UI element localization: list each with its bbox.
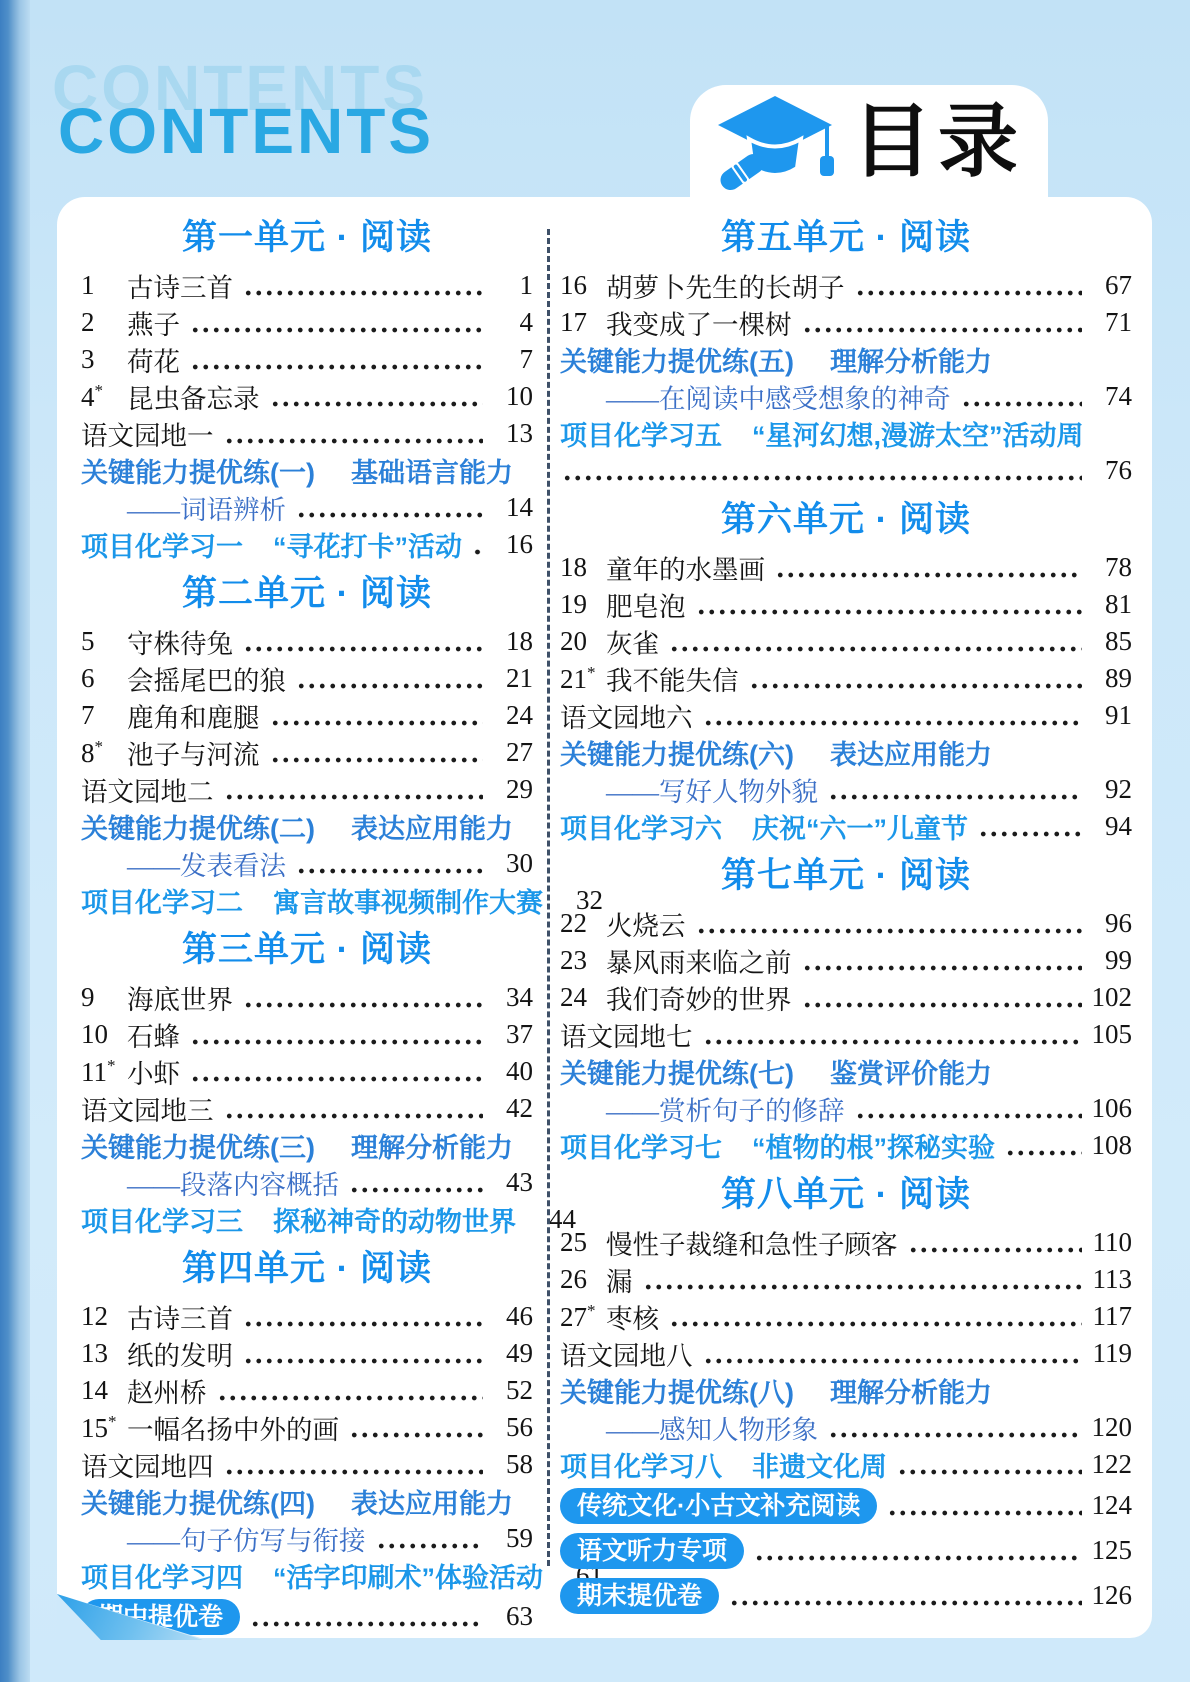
page-number: 7	[487, 344, 533, 375]
lesson-number: 7	[81, 700, 127, 731]
book-spine-edge	[0, 0, 30, 1682]
keypoint-sub-row: ——词语辨析14	[81, 489, 533, 526]
page-number: 58	[487, 1449, 533, 1480]
entry-title: 语文园地七	[560, 1015, 693, 1054]
lesson-title: 肥皂泡	[606, 585, 686, 624]
dot-leader	[696, 928, 1083, 934]
lesson-number-value: 10	[81, 1019, 108, 1049]
keypoint-subtitle: ——词语辨析	[81, 488, 286, 527]
dot-leader	[802, 1002, 1083, 1008]
toc-section: 第二单元 · 阅读5守株待兔186会摇尾巴的狼217鹿角和鹿腿248*池子与河流…	[81, 563, 533, 919]
badge-row: 传统文化·小古文补充阅读124	[560, 1483, 1132, 1528]
lesson-number: 10	[81, 1019, 127, 1050]
lesson-number-value: 17	[560, 307, 587, 337]
dot-leader	[270, 720, 484, 726]
garden-row: 语文园地四58	[81, 1446, 533, 1483]
lesson-title: 一幅名扬中外的画	[127, 1408, 339, 1447]
column-divider	[547, 229, 550, 1566]
lesson-row: 5守株待兔18	[81, 623, 533, 660]
project-row: 项目化学习三探秘神奇的动物世界44	[81, 1201, 533, 1238]
page-number: 119	[1086, 1338, 1132, 1369]
keypoint-skill: 理解分析能力	[351, 1126, 513, 1165]
lesson-row: 3荷花7	[81, 341, 533, 378]
toc-section: 第六单元 · 阅读18童年的水墨画7819肥皂泡8120灰雀8521*我不能失信…	[560, 489, 1132, 845]
dot-leader	[897, 1469, 1082, 1475]
lesson-number: 3	[81, 344, 127, 375]
entry-title: 语文园地一	[81, 414, 214, 453]
page-number: 120	[1086, 1412, 1132, 1443]
lesson-number-value: 2	[81, 307, 95, 337]
lesson-number: 2	[81, 307, 127, 338]
lesson-number: 12	[81, 1301, 127, 1332]
lesson-row: 2燕子4	[81, 304, 533, 341]
page-number: 96	[1086, 908, 1132, 939]
badge: 语文听力专项	[560, 1533, 744, 1569]
entry-title: 语文园地六	[560, 696, 693, 735]
lesson-title: 慢性子裁缝和急性子顾客	[606, 1223, 898, 1262]
star-mark: *	[107, 1056, 116, 1075]
lesson-number: 24	[560, 982, 606, 1013]
page-number: 76	[1086, 455, 1132, 486]
page-number: 42	[487, 1093, 533, 1124]
dot-leader	[190, 1039, 483, 1045]
contents-title: CONTENTS	[58, 99, 434, 163]
project-title: 项目化学习三	[81, 1200, 243, 1239]
keypoint-title: 关键能力提优练(八)	[560, 1371, 794, 1410]
page-number: 85	[1086, 626, 1132, 657]
lesson-number: 4*	[81, 381, 127, 413]
lesson-number-value: 23	[560, 945, 587, 975]
toc-columns: 第一单元 · 阅读1古诗三首12燕子43荷花74*昆虫备忘录10语文园地一13关…	[57, 197, 1152, 1638]
lesson-number-value: 7	[81, 700, 95, 730]
keypoint-title: 关键能力提优练(四)	[81, 1482, 315, 1521]
dot-leader	[190, 364, 483, 370]
lesson-number: 15*	[81, 1412, 127, 1444]
page-number: 16	[487, 529, 533, 560]
lesson-number-value: 25	[560, 1227, 587, 1257]
dot-leader	[562, 475, 1082, 481]
lesson-number-value: 24	[560, 982, 587, 1012]
lesson-row: 23暴风雨来临之前99	[560, 942, 1132, 979]
project-activity: “寻花打卡”活动	[273, 525, 462, 564]
dot-leader	[190, 327, 483, 333]
page-number: 113	[1086, 1264, 1132, 1295]
unit-title: 第五单元 · 阅读	[560, 213, 1132, 263]
lesson-number: 27*	[560, 1301, 606, 1333]
lesson-number-value: 21	[560, 664, 587, 694]
project-row: 项目化学习八非遗文化周122	[560, 1446, 1132, 1483]
page-number: 122	[1086, 1449, 1132, 1480]
lesson-row: 24我们奇妙的世界102	[560, 979, 1132, 1016]
lesson-number: 22	[560, 908, 606, 939]
project-activity: “星河幻想,漫游太空”活动周	[752, 414, 1084, 453]
lesson-title: 池子与河流	[127, 733, 260, 772]
keypoint-skill: 鉴赏评价能力	[830, 1052, 992, 1091]
lesson-row: 11*小虾40	[81, 1053, 533, 1090]
keypoint-subtitle: ——段落内容概括	[81, 1163, 339, 1202]
lesson-title: 枣核	[606, 1297, 659, 1336]
dot-leader	[250, 1621, 483, 1627]
lesson-row: 7鹿角和鹿腿24	[81, 697, 533, 734]
project-row: 项目化学习一“寻花打卡”活动16	[81, 526, 533, 563]
lesson-number: 25	[560, 1227, 606, 1258]
keypoint-skill: 基础语言能力	[351, 451, 513, 490]
lesson-number: 13	[81, 1338, 127, 1369]
dot-leader	[224, 794, 484, 800]
keypoint-sub-row: ——感知人物形象120	[560, 1409, 1132, 1446]
lesson-row: 4*昆虫备忘录10	[81, 378, 533, 415]
lesson-title: 昆虫备忘录	[127, 377, 260, 416]
lesson-number-value: 18	[560, 552, 587, 582]
unit-title: 第四单元 · 阅读	[81, 1244, 533, 1294]
page-number: 99	[1086, 945, 1132, 976]
lesson-title: 会摇尾巴的狼	[127, 659, 286, 698]
entry-title: 语文园地二	[81, 770, 214, 809]
lesson-number-value: 15	[81, 1413, 108, 1443]
project-title: 项目化学习七	[560, 1126, 722, 1165]
dot-leader	[828, 794, 1082, 800]
lesson-number-value: 14	[81, 1375, 108, 1405]
lesson-number-value: 5	[81, 626, 95, 656]
lesson-title: 赵州桥	[127, 1371, 207, 1410]
lesson-title: 古诗三首	[127, 266, 233, 305]
project-row: 项目化学习二寓言故事视频制作大赛32	[81, 882, 533, 919]
toc-panel: 第一单元 · 阅读1古诗三首12燕子43荷花74*昆虫备忘录10语文园地一13关…	[57, 197, 1152, 1638]
page-number: 18	[487, 626, 533, 657]
lesson-number-value: 20	[560, 626, 587, 656]
lesson-number: 17	[560, 307, 606, 338]
dot-leader	[775, 572, 1082, 578]
lesson-row: 22火烧云96	[560, 905, 1132, 942]
dot-leader	[224, 1113, 484, 1119]
dot-leader	[190, 1076, 483, 1082]
page-number: 105	[1086, 1019, 1132, 1050]
toc-section: 第五单元 · 阅读16胡萝卜先生的长胡子6717我变成了一棵树71关键能力提优练…	[560, 203, 1132, 489]
keypoint-row: 关键能力提优练(三)理解分析能力	[81, 1127, 533, 1164]
lesson-number-value: 1	[81, 270, 95, 300]
dot-leader	[270, 757, 484, 763]
unit-title: 第二单元 · 阅读	[81, 569, 533, 619]
badge: 期末提优卷	[560, 1578, 719, 1614]
keypoint-row: 关键能力提优练(七)鉴赏评价能力	[560, 1053, 1132, 1090]
unit-title: 第六单元 · 阅读	[560, 495, 1132, 545]
lesson-title: 石蜂	[127, 1015, 180, 1054]
keypoint-subtitle: ——感知人物形象	[560, 1408, 818, 1447]
page-number: 21	[487, 663, 533, 694]
dot-leader	[749, 683, 1083, 689]
lesson-title: 火烧云	[606, 904, 686, 943]
entry-title: 语文园地四	[81, 1445, 214, 1484]
lesson-title: 燕子	[127, 303, 180, 342]
page-number: 108	[1086, 1130, 1132, 1161]
dot-leader	[296, 868, 483, 874]
garden-row: 语文园地二29	[81, 771, 533, 808]
toc-section: 第七单元 · 阅读22火烧云9623暴风雨来临之前9924我们奇妙的世界102语…	[560, 845, 1132, 1164]
page-number: 63	[487, 1601, 533, 1632]
lesson-number: 23	[560, 945, 606, 976]
dot-leader	[961, 401, 1083, 407]
keypoint-sub-row: ——句子仿写与衔接59	[81, 1520, 533, 1557]
dot-leader	[1005, 1150, 1082, 1156]
page-number: 89	[1086, 663, 1132, 694]
project-title: 项目化学习一	[81, 525, 243, 564]
lesson-row: 1古诗三首1	[81, 267, 533, 304]
lesson-number: 6	[81, 663, 127, 694]
toc-column-left: 第一单元 · 阅读1古诗三首12燕子43荷花74*昆虫备忘录10语文园地一13关…	[81, 203, 533, 1638]
lesson-number: 19	[560, 589, 606, 620]
keypoint-row: 关键能力提优练(四)表达应用能力	[81, 1483, 533, 1520]
lesson-number: 16	[560, 270, 606, 301]
lesson-number-value: 4	[81, 382, 95, 412]
dot-leader	[802, 327, 1083, 333]
project-activity: 寓言故事视频制作大赛	[273, 881, 543, 920]
graduation-cap-icon	[714, 92, 836, 192]
dot-leader	[754, 1555, 1082, 1561]
lesson-title: 灰雀	[606, 622, 659, 661]
toc-section: 第八单元 · 阅读25慢性子裁缝和急性子顾客11026漏11327*枣核117语…	[560, 1164, 1132, 1618]
keypoint-row: 关键能力提优练(一)基础语言能力	[81, 452, 533, 489]
dot-leader	[243, 646, 483, 652]
page-number: 10	[487, 381, 533, 412]
keypoint-title: 关键能力提优练(五)	[560, 340, 794, 379]
lesson-row: 21*我不能失信89	[560, 660, 1132, 697]
dot-leader	[855, 1113, 1083, 1119]
keypoint-skill: 理解分析能力	[830, 340, 992, 379]
lesson-row: 13纸的发明49	[81, 1335, 533, 1372]
dot-leader	[349, 1432, 483, 1438]
lesson-row: 20灰雀85	[560, 623, 1132, 660]
page-number: 126	[1086, 1580, 1132, 1611]
lesson-row: 25慢性子裁缝和急性子顾客110	[560, 1224, 1132, 1261]
keypoint-row: 关键能力提优练(五)理解分析能力	[560, 341, 1132, 378]
page-number: 110	[1086, 1227, 1132, 1258]
project-row: 项目化学习四“活字印刷术”体验活动61	[81, 1557, 533, 1594]
lesson-title: 荷花	[127, 340, 180, 379]
dot-leader	[887, 1510, 1082, 1516]
lesson-title: 古诗三首	[127, 1297, 233, 1336]
dot-leader	[643, 1284, 1083, 1290]
project-activity: “植物的根”探秘实验	[752, 1126, 995, 1165]
badge-row: 语文听力专项125	[560, 1528, 1132, 1573]
star-mark: *	[587, 1301, 596, 1320]
page-number: 13	[487, 418, 533, 449]
project-activity: “活字印刷术”体验活动	[273, 1556, 543, 1595]
dot-leader	[243, 1358, 483, 1364]
dot-leader	[376, 1543, 484, 1549]
unit-title: 第八单元 · 阅读	[560, 1170, 1132, 1220]
lesson-number-value: 3	[81, 344, 95, 374]
lesson-row: 27*枣核117	[560, 1298, 1132, 1335]
lesson-number-value: 22	[560, 908, 587, 938]
dot-leader	[703, 720, 1083, 726]
lesson-number: 18	[560, 552, 606, 583]
page-number: 30	[487, 848, 533, 879]
lesson-title: 守株待兔	[127, 622, 233, 661]
dot-leader	[270, 401, 484, 407]
project-activity: 非遗文化周	[752, 1445, 887, 1484]
badge-row: 期末提优卷126	[560, 1573, 1132, 1618]
dot-leader	[217, 1395, 484, 1401]
lesson-number: 21*	[560, 663, 606, 695]
page-number: 49	[487, 1338, 533, 1369]
lesson-row: 8*池子与河流27	[81, 734, 533, 771]
garden-row: 语文园地三42	[81, 1090, 533, 1127]
page-number: 43	[487, 1167, 533, 1198]
keypoint-title: 关键能力提优练(六)	[560, 733, 794, 772]
lesson-title: 纸的发明	[127, 1334, 233, 1373]
dot-leader	[729, 1600, 1082, 1606]
lesson-number: 20	[560, 626, 606, 657]
page-title: 目录	[852, 92, 1024, 192]
page-number: 74	[1086, 381, 1132, 412]
keypoint-row: 关键能力提优练(六)表达应用能力	[560, 734, 1132, 771]
lesson-title: 暴风雨来临之前	[606, 941, 792, 980]
page-number: 117	[1086, 1301, 1132, 1332]
lesson-number: 11*	[81, 1056, 127, 1088]
project-title: 项目化学习二	[81, 881, 243, 920]
dot-leader	[828, 1432, 1082, 1438]
project-title: 项目化学习八	[560, 1445, 722, 1484]
toc-title-box: 目录	[690, 85, 1048, 198]
dot-leader	[243, 1002, 483, 1008]
page-number: 1	[487, 270, 533, 301]
lesson-row: 12古诗三首46	[81, 1298, 533, 1335]
keypoint-row: 关键能力提优练(八)理解分析能力	[560, 1372, 1132, 1409]
lesson-title: 漏	[606, 1260, 633, 1299]
page-number: 106	[1086, 1093, 1132, 1124]
page-number: 102	[1086, 982, 1132, 1013]
dot-leader	[703, 1358, 1083, 1364]
lesson-row: 6会摇尾巴的狼21	[81, 660, 533, 697]
lesson-number-value: 16	[560, 270, 587, 300]
lesson-row: 26漏113	[560, 1261, 1132, 1298]
dot-leader	[472, 549, 483, 555]
lesson-row: 19肥皂泡81	[560, 586, 1132, 623]
page-number: 29	[487, 774, 533, 805]
unit-title: 第一单元 · 阅读	[81, 213, 533, 263]
dot-leader	[243, 1321, 483, 1327]
page-number: 40	[487, 1056, 533, 1087]
star-mark: *	[587, 663, 596, 682]
keypoint-row: 关键能力提优练(二)表达应用能力	[81, 808, 533, 845]
toc-section: 第三单元 · 阅读9海底世界3410石蜂3711*小虾40语文园地三42关键能力…	[81, 919, 533, 1238]
dot-leader	[296, 683, 483, 689]
lesson-number-value: 11	[81, 1057, 107, 1087]
page-number: 81	[1086, 589, 1132, 620]
project-activity: 探秘神奇的动物世界	[273, 1200, 516, 1239]
keypoint-skill: 表达应用能力	[351, 807, 513, 846]
lesson-number-value: 13	[81, 1338, 108, 1368]
page-number: 14	[487, 492, 533, 523]
page-number: 52	[487, 1375, 533, 1406]
lesson-row: 17我变成了一棵树71	[560, 304, 1132, 341]
dot-leader	[855, 290, 1083, 296]
dot-leader	[703, 1039, 1083, 1045]
keypoint-skill: 表达应用能力	[830, 733, 992, 772]
project-row: 项目化学习五“星河幻想,漫游太空”活动周	[560, 415, 1132, 452]
page-number: 4	[487, 307, 533, 338]
lesson-number-value: 12	[81, 1301, 108, 1331]
page-number: 124	[1086, 1490, 1132, 1521]
project-continuation-row: 76	[560, 452, 1132, 489]
keypoint-skill: 表达应用能力	[351, 1482, 513, 1521]
project-title: 项目化学习六	[560, 807, 722, 846]
lesson-number-value: 9	[81, 982, 95, 1012]
badge: 传统文化·小古文补充阅读	[560, 1488, 877, 1524]
project-row: 项目化学习七“植物的根”探秘实验108	[560, 1127, 1132, 1164]
project-activity: 庆祝“六一”儿童节	[752, 807, 968, 846]
toc-column-right: 第五单元 · 阅读16胡萝卜先生的长胡子6717我变成了一棵树71关键能力提优练…	[560, 203, 1134, 1638]
lesson-row: 16胡萝卜先生的长胡子67	[560, 267, 1132, 304]
page-number: 94	[1086, 811, 1132, 842]
lesson-title: 海底世界	[127, 978, 233, 1017]
lesson-number: 9	[81, 982, 127, 1013]
keypoint-sub-row: ——在阅读中感受想象的神奇74	[560, 378, 1132, 415]
lesson-title: 胡萝卜先生的长胡子	[606, 266, 845, 305]
page-number: 37	[487, 1019, 533, 1050]
keypoint-sub-row: ——段落内容概括43	[81, 1164, 533, 1201]
toc-page: CONTENTS CONTENTS 目录 第一单元 · 阅读1古诗三首12燕子4…	[0, 0, 1190, 1682]
star-mark: *	[95, 381, 104, 400]
dot-leader	[802, 965, 1083, 971]
page-number: 24	[487, 700, 533, 731]
page-number: 67	[1086, 270, 1132, 301]
page-number: 71	[1086, 307, 1132, 338]
keypoint-subtitle: ——赏析句子的修辞	[560, 1089, 845, 1128]
lesson-row: 15*一幅名扬中外的画56	[81, 1409, 533, 1446]
keypoint-sub-row: ——赏析句子的修辞106	[560, 1090, 1132, 1127]
page-number: 125	[1086, 1535, 1132, 1566]
dot-leader	[978, 831, 1082, 837]
lesson-number: 1	[81, 270, 127, 301]
lesson-row: 18童年的水墨画78	[560, 549, 1132, 586]
dot-leader	[908, 1247, 1083, 1253]
lesson-number-value: 8	[81, 738, 95, 768]
project-title: 项目化学习五	[560, 414, 722, 453]
keypoint-subtitle: ——发表看法	[81, 844, 286, 883]
entry-title: 语文园地八	[560, 1334, 693, 1373]
keypoint-subtitle: ——在阅读中感受想象的神奇	[560, 377, 951, 416]
lesson-row: 14赵州桥52	[81, 1372, 533, 1409]
star-mark: *	[108, 1412, 117, 1431]
lesson-title: 我不能失信	[606, 659, 739, 698]
project-title: 项目化学习四	[81, 1556, 243, 1595]
lesson-title: 小虾	[127, 1052, 180, 1091]
page-number: 34	[487, 982, 533, 1013]
page-number: 46	[487, 1301, 533, 1332]
page-number: 59	[487, 1523, 533, 1554]
dot-leader	[349, 1187, 483, 1193]
unit-title: 第七单元 · 阅读	[560, 851, 1132, 901]
dot-leader	[669, 1321, 1082, 1327]
lesson-number: 26	[560, 1264, 606, 1295]
dot-leader	[224, 438, 484, 444]
keypoint-title: 关键能力提优练(七)	[560, 1052, 794, 1091]
garden-row: 语文园地六91	[560, 697, 1132, 734]
lesson-title: 我们奇妙的世界	[606, 978, 792, 1017]
dot-leader	[224, 1469, 484, 1475]
page-number: 56	[487, 1412, 533, 1443]
lesson-number: 5	[81, 626, 127, 657]
lesson-number: 14	[81, 1375, 127, 1406]
entry-title: 语文园地三	[81, 1089, 214, 1128]
star-mark: *	[95, 737, 104, 756]
lesson-title: 我变成了一棵树	[606, 303, 792, 342]
garden-row: 语文园地一13	[81, 415, 533, 452]
keypoint-title: 关键能力提优练(三)	[81, 1126, 315, 1165]
lesson-number-value: 19	[560, 589, 587, 619]
lesson-title: 鹿角和鹿腿	[127, 696, 260, 735]
